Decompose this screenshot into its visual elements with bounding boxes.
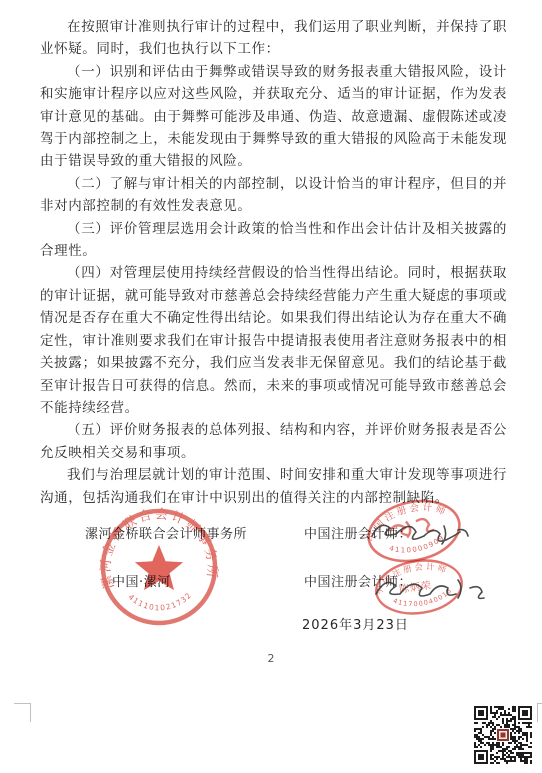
paragraph-intro: 在按照审计准则执行审计的过程中，我们运用了职业判断，并保持了职业怀疑。同时，我们… — [40, 16, 507, 61]
report-date: 2026年3月23日 — [302, 614, 409, 633]
crop-mark-bottom-right-v — [537, 703, 538, 722]
paragraph-item-1: （一）识别和评估由于舞弊或错误导致的财务报表重大错报风险，设计和实施审计程序以应… — [40, 61, 507, 173]
paragraph-item-4: （四）对管理层使用持续经营假设的恰当性得出结论。同时，根据获取的审计证据，就可能… — [40, 262, 507, 419]
svg-text:411101021732: 411101021732 — [127, 590, 194, 612]
report-body: 在按照审计准则执行审计的过程中，我们运用了职业判断，并保持了职业怀疑。同时，我们… — [40, 16, 507, 509]
cpa-signature-label-1: 中国注册会计师： — [304, 523, 412, 542]
paragraph-item-5: （五）评价财务报表的总体列报、结构和内容，并评价财务报表是否公允反映相关交易和事… — [40, 419, 507, 464]
paragraph-communication: 我们与治理层就计划的审计范围、时间安排和重大审计发现等事项进行沟通，包括沟通我们… — [40, 464, 507, 509]
audit-report-page: 在按照审计准则执行审计的过程中，我们运用了职业判断，并保持了职业怀疑。同时，我们… — [0, 0, 542, 773]
cpa-signature-label-2: 中国注册会计师： — [304, 571, 412, 590]
page-number: 2 — [0, 652, 542, 665]
firm-name: 漯河金桥联合会计师事务所 — [85, 523, 247, 542]
paragraph-item-3: （三）评价管理层选用会计政策的恰当性和作出会计估计及相关披露的合理性。 — [40, 218, 507, 263]
firm-location: 中国·漯河 — [112, 571, 171, 590]
crop-mark-bottom-left — [14, 703, 31, 704]
qr-code — [474, 706, 532, 764]
paragraph-item-2: （二）了解与审计相关的内部控制，以设计恰当的审计程序，但目的并非对内部控制的有效… — [40, 173, 507, 218]
crop-mark-bottom-left-v — [30, 703, 31, 722]
